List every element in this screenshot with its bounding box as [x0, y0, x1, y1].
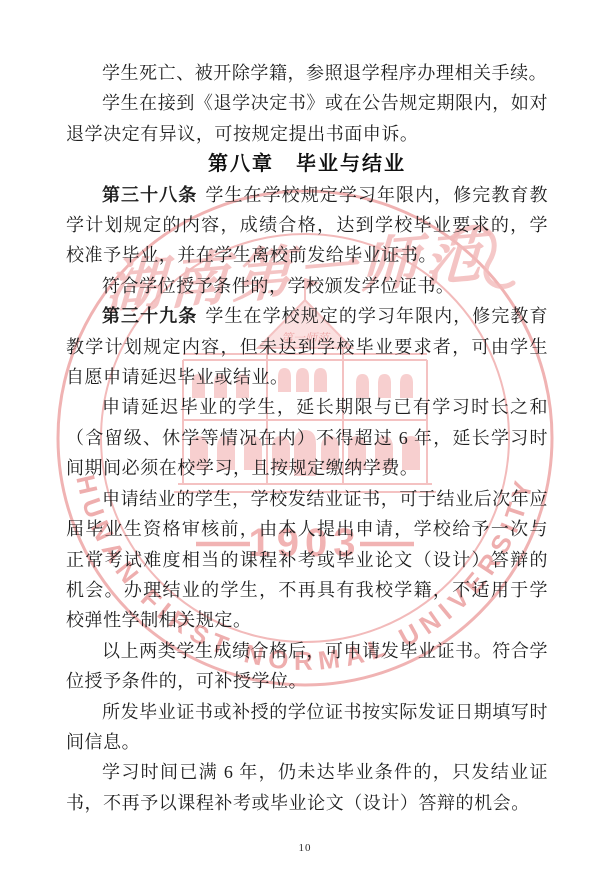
- document-content: 学生死亡、被开除学籍，参照退学程序办理相关手续。 学生在接到《退学决定书》或在公…: [66, 58, 548, 818]
- paragraph: 符合学位授予条件的，学校颁发学位证书。: [66, 271, 548, 301]
- paragraph-text: 学生死亡、被开除学籍，参照退学程序办理相关手续。: [102, 63, 547, 83]
- paragraph: 第三十九条学生在学校规定的学习年限内，修完教育教学计划规定内容，但未达到学校毕业…: [66, 301, 548, 392]
- paragraph-text: 所发毕业证书或补授的学位证书按实际发证日期填写时间信息。: [66, 702, 548, 752]
- paragraph-text: 申请结业的学生，学校发结业证书，可于结业后次年应届毕业生资格审核前，由本人提出申…: [66, 489, 548, 631]
- chapter-heading: 第八章 毕业与结业: [66, 149, 548, 179]
- paragraph: 申请延迟毕业的学生，延长期限与已有学习时长之和（含留级、休学等情况在内）不得超过…: [66, 392, 548, 483]
- clause-term: 第三十九条: [102, 306, 197, 326]
- paragraph-text: 学生在接到《退学决定书》或在公告规定期限内，如对退学决定有异议，可按规定提出书面…: [66, 93, 548, 143]
- paragraph: 申请结业的学生，学校发结业证书，可于结业后次年应届毕业生资格审核前，由本人提出申…: [66, 484, 548, 636]
- paragraph: 学生死亡、被开除学籍，参照退学程序办理相关手续。: [66, 58, 548, 88]
- paragraph: 学习时间已满 6 年，仍未达毕业条件的，只发结业证书，不再予以课程补考或毕业论文…: [66, 757, 548, 818]
- paragraph-text: 以上两类学生成绩合格后，可申请发毕业证书。符合学位授予条件的，可补授学位。: [66, 641, 548, 691]
- paragraph: 学生在接到《退学决定书》或在公告规定期限内，如对退学决定有异议，可按规定提出书面…: [66, 88, 548, 149]
- paragraph-text: 申请延迟毕业的学生，延长期限与已有学习时长之和（含留级、休学等情况在内）不得超过…: [66, 397, 548, 478]
- paragraph: 以上两类学生成绩合格后，可申请发毕业证书。符合学位授予条件的，可补授学位。: [66, 636, 548, 697]
- paragraph-text: 学习时间已满 6 年，仍未达毕业条件的，只发结业证书，不再予以课程补考或毕业论文…: [66, 762, 548, 812]
- document-page: HUNAN FIRST NORMAL UNIVERSITY 湖南第一师范: [0, 0, 610, 874]
- page-number: 10: [0, 842, 610, 854]
- paragraph-text: 符合学位授予条件的，学校颁发学位证书。: [102, 276, 454, 296]
- clause-term: 第三十八条: [102, 185, 197, 205]
- paragraph: 第三十八条学生在学校规定学习年限内，修完教育教学计划规定的内容，成绩合格，达到学…: [66, 180, 548, 271]
- paragraph: 所发毕业证书或补授的学位证书按实际发证日期填写时间信息。: [66, 697, 548, 758]
